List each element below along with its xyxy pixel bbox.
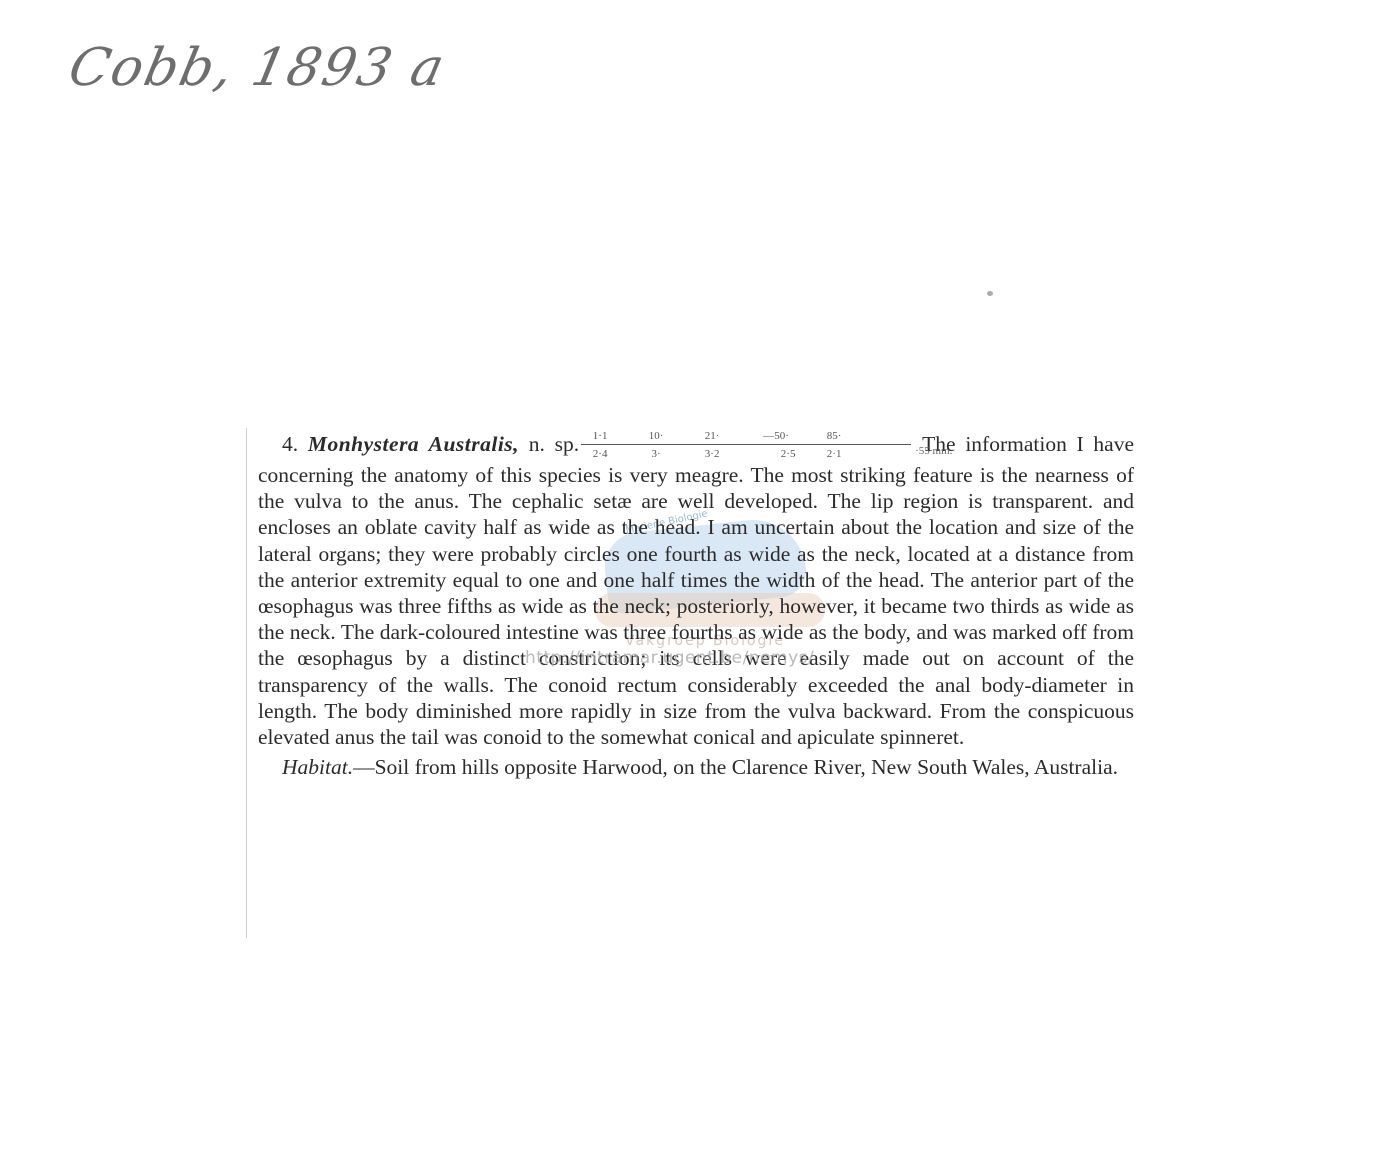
description-body: information I have concerning the anatom… xyxy=(258,432,1134,749)
species-number: 4. xyxy=(282,432,298,456)
habitat-paragraph: Habitat.—Soil from hills opposite Harwoo… xyxy=(258,754,1134,780)
species-description: 4. Monhystera Australis, n. sp. 1·1 10· … xyxy=(258,430,1134,780)
formula-denominator: 3· xyxy=(639,448,673,460)
species-status: n. sp. xyxy=(529,432,579,456)
handwritten-citation: Cobb, 1893 a xyxy=(64,38,451,98)
scan-speck xyxy=(987,291,993,296)
formula-denominator: 2·1 xyxy=(817,448,851,460)
formula-denominator: 3·2 xyxy=(695,448,729,460)
habitat-text: —Soil from hills opposite Harwood, on th… xyxy=(353,755,1118,779)
species-name: Monhystera Australis, xyxy=(308,432,519,456)
formula-numerator: 1·1 xyxy=(583,430,617,442)
formula-denominator: 2·4 xyxy=(583,448,617,460)
formula-numerator: —50· xyxy=(759,430,793,442)
formula-total-length: ·55 mm. xyxy=(915,438,952,464)
habitat-label: Habitat. xyxy=(282,755,353,779)
formula-numerator: 10· xyxy=(639,430,673,442)
description-paragraph: 4. Monhystera Australis, n. sp. 1·1 10· … xyxy=(258,430,1134,750)
formula-numerator: 21· xyxy=(695,430,729,442)
de-man-formula: 1·1 10· 21· —50· 85· 2·4 3· 3·2 2·5 2·1 … xyxy=(581,430,916,462)
formula-numerator: 85· xyxy=(817,430,851,442)
formula-rule xyxy=(581,444,911,445)
formula-denominator: 2·5 xyxy=(771,448,805,460)
